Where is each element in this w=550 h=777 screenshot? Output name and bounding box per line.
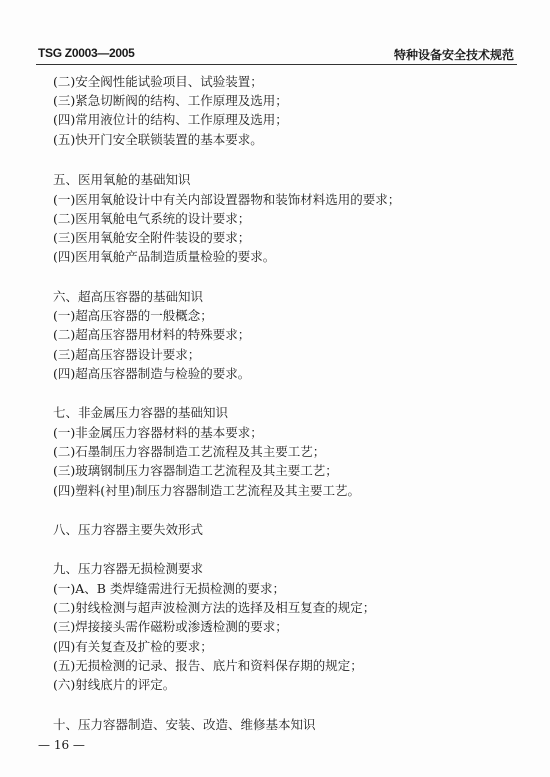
list-item: (二)医用氧舱电气系统的设计要求； (53, 211, 250, 227)
list-item: (二)安全阀性能试验项目、试验装置； (53, 74, 263, 90)
section-heading: 六、超高压容器的基础知识 (53, 289, 203, 305)
list-item: (四)医用氧舱产品制造质量检验的要求。 (53, 249, 275, 265)
document-code: TSG Z0003—2005 (38, 46, 135, 60)
page-number: — 16 — (38, 738, 85, 752)
list-item: (一)非金属压力容器材料的基本要求； (53, 425, 263, 441)
list-item: (四)超高压容器制造与检验的要求。 (53, 366, 250, 382)
list-item: (三)医用氧舱安全附件装设的要求； (53, 230, 250, 246)
section-heading: 九、压力容器无损检测要求 (53, 561, 203, 577)
document-series-title: 特种设备安全技术规范 (394, 46, 514, 63)
list-item: (二)射线检测与超声波检测方法的选择及相互复查的规定； (53, 600, 375, 616)
list-item: (五)快开门安全联锁装置的基本要求。 (53, 132, 263, 148)
list-item: (一)A、B 类焊缝需进行无损检测的要求； (53, 581, 285, 597)
list-item: (四)有关复查及扩检的要求； (53, 639, 213, 655)
list-item: (三)玻璃钢制压力容器制造工艺流程及其主要工艺； (53, 463, 338, 479)
list-item: (六)射线底片的评定。 (53, 677, 175, 693)
header-rule (36, 64, 517, 65)
list-item: (四)塑料(衬里)制压力容器制造工艺流程及其主要工艺。 (53, 483, 360, 499)
section-heading: 五、医用氧舱的基础知识 (53, 172, 191, 188)
list-item: (一)超高压容器的一般概念； (53, 308, 213, 324)
section-heading: 七、非金属压力容器的基础知识 (53, 405, 228, 421)
list-item: (三)焊接接头需作磁粉或渗透检测的要求； (53, 619, 288, 635)
list-item: (三)超高压容器设计要求； (53, 347, 200, 363)
list-item: (二)石墨制压力容器制造工艺流程及其主要工艺； (53, 444, 325, 460)
section-heading: 八、压力容器主要失效形式 (53, 522, 203, 538)
list-item: (三)紧急切断阀的结构、工作原理及选用； (53, 93, 288, 109)
section-heading: 十、压力容器制造、安装、改造、维修基本知识 (53, 717, 316, 733)
list-item: (五)无损检测的记录、报告、底片和资料保存期的规定； (53, 658, 363, 674)
list-item: (四)常用液位计的结构、工作原理及选用； (53, 112, 288, 128)
list-item: (一)医用氧舱设计中有关内部设置器物和装饰材料选用的要求； (53, 192, 400, 208)
list-item: (二)超高压容器用材料的特殊要求； (53, 327, 250, 343)
